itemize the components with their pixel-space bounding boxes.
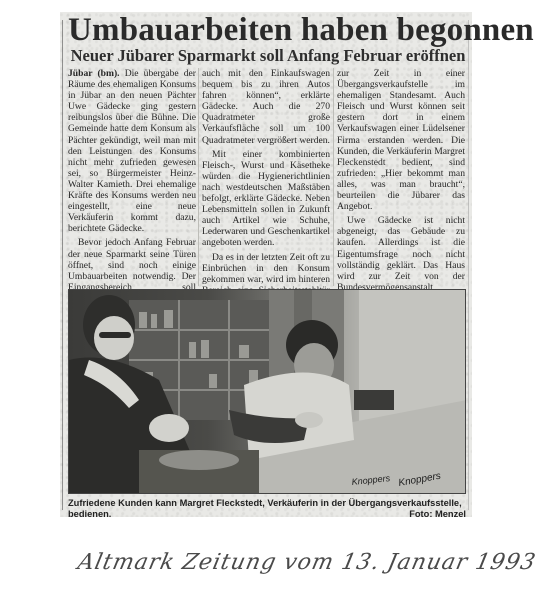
shop-scene-illustration: Knoppers Knoppers [69, 290, 466, 494]
handwritten-source-note: Altmark Zeitung vom 13. Januar 1993 [75, 550, 501, 576]
photo-credit: Foto: Menzel [409, 509, 466, 520]
article-paragraph: auch mit den Einkaufswagen bequem bis zu… [202, 68, 330, 146]
clipping-left-edge [62, 20, 63, 510]
article-paragraph: Jübar (bm). Die übergabe der Räume des e… [68, 68, 196, 234]
column-divider [198, 68, 199, 286]
column-divider [333, 68, 334, 286]
clipping-right-edge [468, 20, 469, 510]
article-subheadline: Neuer Jübarer Sparmarkt soll Anfang Febr… [68, 47, 468, 65]
article-paragraph: zur Zeit in einer Übergangsverkaufstelle… [337, 68, 465, 212]
dateline: Jübar (bm). [68, 68, 120, 79]
caption-text: Zufriedene Kunden kann Margret Flecksted… [68, 498, 462, 519]
photo-caption: Zufriedene Kunden kann Margret Flecksted… [68, 498, 466, 519]
article-paragraph: Mit einer kombinierten Fleisch-, Wurst u… [202, 149, 330, 249]
article-photo: Knoppers Knoppers [68, 289, 466, 494]
article-headline: Umbauarbeiten haben begonnen [68, 12, 468, 48]
